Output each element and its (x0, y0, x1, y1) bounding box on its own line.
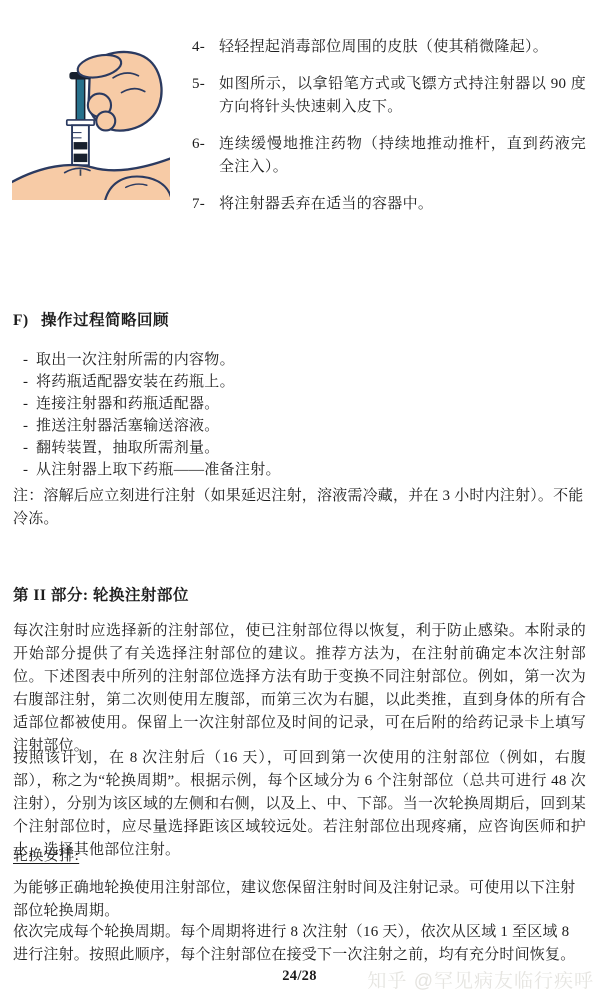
section-ii-paragraph-4: 依次完成每个轮换周期。每个周期将进行 8 次注射（16 天），依次从区域 1 至… (13, 921, 586, 967)
section-ii-paragraph-2: 按照该计划，在 8 次注射后（16 天），可回到第一次使用的注射部位（例如，右腹… (13, 747, 586, 862)
bullet-dash: - (23, 437, 36, 459)
step-text: 将注射器丢弃在适当的容器中。 (219, 193, 586, 216)
zhihu-watermark: 知乎 @罕见病友临行疾呼 (367, 966, 594, 993)
section-f: F) 操作过程简略回顾 - 取出一次注射所需的内容物。 - 将药瓶适配器安装在药… (13, 310, 586, 481)
step-item-6: 6- 连续缓慢地推注药物（持续地推动推杆，直到药液完全注入）。 (192, 133, 586, 179)
step-number: 4- (192, 36, 219, 59)
bullet-dash: - (23, 459, 36, 481)
rotation-schedule-heading: 轮换安排: (13, 844, 79, 865)
step-number: 5- (192, 73, 219, 119)
document-page: 4- 轻轻捏起消毒部位周围的皮肤（使其稍微隆起）。 5- 如图所示，以拿铅笔方式… (0, 0, 600, 1004)
bullet-dash: - (23, 371, 36, 393)
bullet-text: 连接注射器和药瓶适配器。 (36, 393, 220, 415)
section-ii-paragraph-1: 每次注射时应选择新的注射部位，使已注射部位得以恢复，利于防止感染。本附录的开始部… (13, 620, 586, 758)
section-f-label: F) (13, 310, 41, 332)
bullet-text: 翻转装置，抽取所需剂量。 (36, 437, 220, 459)
bullet-text: 推送注射器活塞输送溶液。 (36, 415, 220, 437)
note-line: 注：溶解后应立刻进行注射（如果延迟注射，溶液需冷藏，并在 3 小时内注射）。不能… (13, 485, 586, 531)
step-item-4: 4- 轻轻捏起消毒部位周围的皮肤（使其稍微隆起）。 (192, 36, 586, 59)
arm-icon (12, 158, 170, 200)
step-text: 轻轻捏起消毒部位周围的皮肤（使其稍微隆起）。 (219, 36, 586, 59)
syringe-injection-illustration (12, 42, 170, 200)
bullet-text: 将药瓶适配器安装在药瓶上。 (36, 371, 235, 393)
section-f-heading: F) 操作过程简略回顾 (13, 310, 586, 332)
step-item-5: 5- 如图所示，以拿铅笔方式或飞镖方式持注射器以 90 度方向将针头快速刺入皮下… (192, 73, 586, 119)
bullet-text: 取出一次注射所需的内容物。 (36, 349, 235, 371)
bullet-item: - 推送注射器活塞输送溶液。 (13, 415, 586, 437)
bullet-dash: - (23, 393, 36, 415)
step-item-7: 7- 将注射器丢弃在适当的容器中。 (192, 193, 586, 216)
section-f-bullet-list: - 取出一次注射所需的内容物。 - 将药瓶适配器安装在药瓶上。 - 连接注射器和… (13, 349, 586, 481)
section-f-title: 操作过程简略回顾 (41, 310, 169, 332)
bullet-dash: - (23, 349, 36, 371)
step-number: 6- (192, 133, 219, 179)
bullet-text: 从注射器上取下药瓶——准备注射。 (36, 459, 281, 481)
numbered-step-list: 4- 轻轻捏起消毒部位周围的皮肤（使其稍微隆起）。 5- 如图所示，以拿铅笔方式… (192, 36, 586, 230)
section-ii-title: 第 II 部分: 轮换注射部位 (13, 583, 586, 605)
bullet-item: - 从注射器上取下药瓶——准备注射。 (13, 459, 586, 481)
bullet-item: - 取出一次注射所需的内容物。 (13, 349, 586, 371)
step-number: 7- (192, 193, 219, 216)
bullet-item: - 翻转装置，抽取所需剂量。 (13, 437, 586, 459)
step-text: 如图所示，以拿铅笔方式或飞镖方式持注射器以 90 度方向将针头快速刺入皮下。 (219, 73, 586, 119)
bullet-item: - 将药瓶适配器安装在药瓶上。 (13, 371, 586, 393)
section-ii-paragraph-3: 为能够正确地轮换使用注射部位，建议您保留注射时间及注射记录。可使用以下注射部位轮… (13, 877, 586, 923)
bullet-dash: - (23, 415, 36, 437)
bullet-item: - 连接注射器和药瓶适配器。 (13, 393, 586, 415)
step-text: 连续缓慢地推注药物（持续地推动推杆，直到药液完全注入）。 (219, 133, 586, 179)
